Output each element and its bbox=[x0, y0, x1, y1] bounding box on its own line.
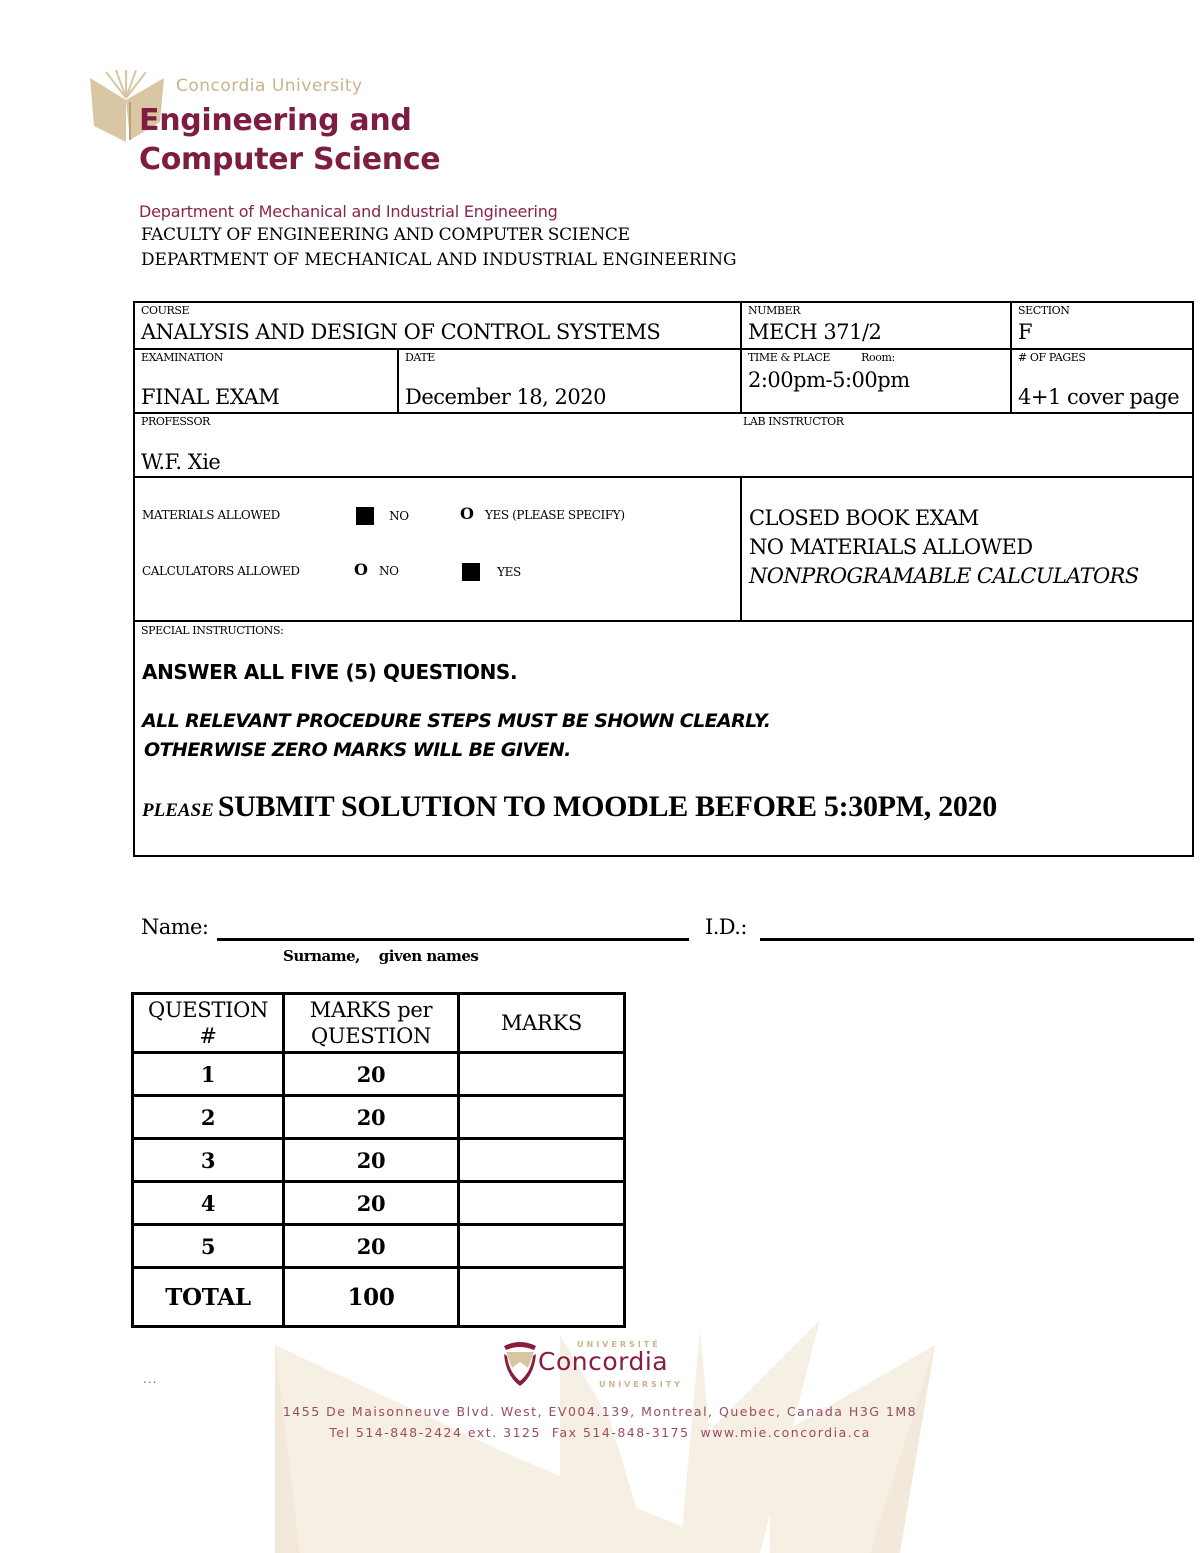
materials-yes-option[interactable]: O YES (PLEASE SPECIFY) bbox=[460, 504, 625, 523]
question-number: 2 bbox=[133, 1096, 284, 1139]
header-question-line2: # bbox=[134, 1023, 282, 1049]
lab-instructor-label: LAB INSTRUCTOR bbox=[743, 415, 844, 428]
course-value: ANALYSIS AND DESIGN OF CONTROL SYSTEMS bbox=[141, 320, 660, 344]
examination-value: FINAL EXAM bbox=[141, 385, 279, 409]
marks-table: QUESTION # MARKS per QUESTION MARKS 1 20… bbox=[131, 992, 626, 1328]
allowance-notes: CLOSED BOOK EXAM NO MATERIALS ALLOWED NO… bbox=[749, 504, 1139, 591]
unchecked-circle-icon: O bbox=[460, 504, 474, 523]
header-marks-per-question: MARKS per QUESTION bbox=[284, 994, 459, 1053]
materials-no-label: NO bbox=[389, 509, 409, 523]
marks-input[interactable] bbox=[459, 1139, 625, 1182]
marks-input[interactable] bbox=[459, 1053, 625, 1096]
marks-per-question: 20 bbox=[284, 1096, 459, 1139]
marks-per-question: 20 bbox=[284, 1139, 459, 1182]
checked-box-icon bbox=[462, 563, 480, 581]
calculators-yes-option[interactable]: YES bbox=[462, 561, 521, 581]
footer-address: 1455 De Maisonneuve Blvd. West, EV004.13… bbox=[0, 1404, 1200, 1419]
marks-per-question: 20 bbox=[284, 1053, 459, 1096]
exam-info-table: COURSE ANALYSIS AND DESIGN OF CONTROL SY… bbox=[133, 301, 1194, 857]
course-cell: COURSE ANALYSIS AND DESIGN OF CONTROL SY… bbox=[133, 301, 742, 350]
header-marks-per-line2: QUESTION bbox=[285, 1023, 457, 1049]
name-field[interactable] bbox=[217, 938, 689, 941]
department-heading: DEPARTMENT OF MECHANICAL AND INDUSTRIAL … bbox=[141, 250, 736, 270]
total-value: 100 bbox=[284, 1268, 459, 1327]
section-label: SECTION bbox=[1018, 304, 1070, 317]
marks-input[interactable] bbox=[459, 1182, 625, 1225]
footer-concordia-wordmark: Concordia bbox=[538, 1347, 668, 1376]
department-subtitle: Department of Mechanical and Industrial … bbox=[139, 202, 558, 221]
marks-per-question: 20 bbox=[284, 1225, 459, 1268]
materials-yes-label: YES (PLEASE SPECIFY) bbox=[485, 508, 625, 522]
table-row: 5 20 bbox=[133, 1225, 625, 1268]
ellipsis: ... bbox=[143, 1372, 157, 1386]
table-row: 4 20 bbox=[133, 1182, 625, 1225]
table-row: 1 20 bbox=[133, 1053, 625, 1096]
time-place-label: TIME & PLACE bbox=[748, 351, 830, 364]
faculty-logo-line1: Engineering and bbox=[139, 101, 440, 140]
footer-address-text: 1455 De Maisonneuve Blvd. West, EV004.13… bbox=[283, 1404, 917, 1419]
examination-cell: EXAMINATION FINAL EXAM bbox=[133, 348, 399, 414]
course-label: COURSE bbox=[141, 304, 189, 317]
checked-box-icon bbox=[356, 507, 374, 525]
pages-cell: # OF PAGES 4+1 cover page bbox=[1010, 348, 1194, 414]
calculators-allowed-label: CALCULATORS ALLOWED bbox=[142, 564, 300, 578]
number-label: NUMBER bbox=[748, 304, 800, 317]
note-no-materials: NO MATERIALS ALLOWED bbox=[749, 533, 1139, 562]
calculators-no-option[interactable]: O NO bbox=[354, 560, 399, 579]
unchecked-circle-icon: O bbox=[354, 560, 368, 579]
marks-table-header: QUESTION # MARKS per QUESTION MARKS bbox=[133, 994, 625, 1053]
time-value: 2:00pm-5:00pm bbox=[748, 368, 910, 392]
date-cell: DATE December 18, 2020 bbox=[397, 348, 742, 414]
footer-university: UNIVERSITY bbox=[599, 1380, 683, 1389]
id-label: I.D.: bbox=[705, 915, 747, 939]
examination-label: EXAMINATION bbox=[141, 351, 223, 364]
instruction-submit: PLEASE SUBMIT SOLUTION TO MOODLE BEFORE … bbox=[142, 790, 997, 824]
time-place-label-row: TIME & PLACE Room: bbox=[748, 351, 895, 364]
date-label: DATE bbox=[405, 351, 435, 364]
question-number: 1 bbox=[133, 1053, 284, 1096]
table-row: 2 20 bbox=[133, 1096, 625, 1139]
question-number: 3 bbox=[133, 1139, 284, 1182]
faculty-logo-line2: Computer Science bbox=[139, 140, 440, 179]
instruction-zero-marks: OTHERWISE ZERO MARKS WILL BE GIVEN. bbox=[144, 739, 571, 761]
total-row: TOTAL 100 bbox=[133, 1268, 625, 1327]
table-row: 3 20 bbox=[133, 1139, 625, 1182]
header-question-line1: QUESTION bbox=[134, 997, 282, 1023]
date-value: December 18, 2020 bbox=[405, 385, 606, 409]
materials-no-option[interactable]: NO bbox=[356, 505, 409, 525]
number-cell: NUMBER MECH 371/2 bbox=[740, 301, 1012, 350]
question-number: 4 bbox=[133, 1182, 284, 1225]
marks-input[interactable] bbox=[459, 1096, 625, 1139]
university-name: Concordia University bbox=[176, 76, 363, 96]
name-label: Name: bbox=[141, 915, 208, 939]
submit-prefix: PLEASE bbox=[142, 800, 214, 821]
id-field[interactable] bbox=[760, 938, 1194, 941]
header-question: QUESTION # bbox=[133, 994, 284, 1053]
note-closed-book: CLOSED BOOK EXAM bbox=[749, 504, 1139, 533]
number-value: MECH 371/2 bbox=[748, 320, 881, 344]
time-place-cell: TIME & PLACE Room: 2:00pm-5:00pm bbox=[740, 348, 1012, 414]
special-instructions-label: SPECIAL INSTRUCTIONS: bbox=[141, 624, 283, 637]
section-value: F bbox=[1018, 320, 1032, 344]
allowances-cell: MATERIALS ALLOWED NO O YES (PLEASE SPECI… bbox=[133, 476, 742, 622]
concordia-shield-icon bbox=[500, 1340, 540, 1388]
calculators-yes-label: YES bbox=[497, 565, 521, 579]
marks-input[interactable] bbox=[459, 1225, 625, 1268]
header-marks-per-line1: MARKS per bbox=[285, 997, 457, 1023]
instruction-answer-all: ANSWER ALL FIVE (5) QUESTIONS. bbox=[142, 660, 517, 684]
question-number: 5 bbox=[133, 1225, 284, 1268]
note-calculators: NONPROGRAMABLE CALCULATORS bbox=[749, 562, 1139, 591]
marks-per-question: 20 bbox=[284, 1182, 459, 1225]
header-marks: MARKS bbox=[459, 994, 625, 1053]
professor-label: PROFESSOR bbox=[141, 415, 210, 428]
faculty-logo-title: Engineering and Computer Science bbox=[139, 101, 440, 179]
pages-value: 4+1 cover page bbox=[1018, 385, 1179, 409]
surname-hint: Surname, given names bbox=[283, 947, 478, 965]
allowance-notes-cell: CLOSED BOOK EXAM NO MATERIALS ALLOWED NO… bbox=[740, 476, 1194, 622]
materials-allowed-label: MATERIALS ALLOWED bbox=[142, 508, 280, 522]
special-instructions-cell: SPECIAL INSTRUCTIONS: ANSWER ALL FIVE (5… bbox=[133, 620, 1194, 857]
professor-value: W.F. Xie bbox=[141, 450, 220, 474]
total-marks-input[interactable] bbox=[459, 1268, 625, 1327]
footer-contact: Tel 514-848-2424 ext. 3125 Fax 514-848-3… bbox=[0, 1425, 1200, 1440]
submit-main: SUBMIT SOLUTION TO MOODLE BEFORE 5:30PM,… bbox=[218, 790, 997, 823]
calculators-no-label: NO bbox=[379, 564, 399, 578]
total-label: TOTAL bbox=[133, 1268, 284, 1327]
faculty-heading: FACULTY OF ENGINEERING AND COMPUTER SCIE… bbox=[141, 225, 630, 245]
room-label: Room: bbox=[861, 351, 895, 364]
pages-label: # OF PAGES bbox=[1018, 351, 1086, 364]
instruction-steps: ALL RELEVANT PROCEDURE STEPS MUST BE SHO… bbox=[142, 710, 770, 732]
professor-cell: PROFESSOR W.F. Xie LAB INSTRUCTOR bbox=[133, 412, 1194, 478]
section-cell: SECTION F bbox=[1010, 301, 1194, 350]
